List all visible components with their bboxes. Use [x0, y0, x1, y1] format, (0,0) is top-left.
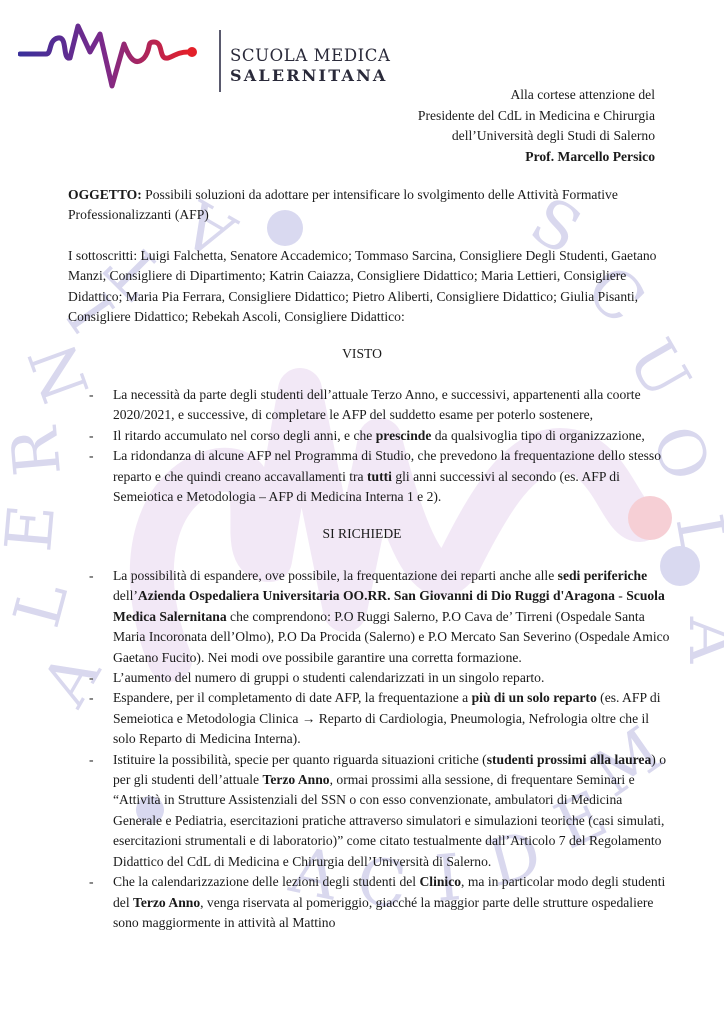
- org-name-line2: SALERNITANA: [230, 66, 388, 85]
- addressee-line: Presidente del CdL in Medicina e Chirurg…: [418, 106, 655, 127]
- emphasized-text: studenti prossimi alla laurea: [487, 752, 652, 767]
- signers-paragraph: I sottoscritti: Luigi Falchetta, Senator…: [68, 246, 670, 328]
- richiede-list: -La possibilità di espandere, ove possib…: [68, 566, 670, 933]
- letter-page: SCUOLA MEDICA SALERNITANA Alla cortese a…: [0, 0, 724, 1023]
- list-marker: -: [89, 566, 94, 586]
- emphasized-text: Azienda Ospedaliera Universitaria OO.RR.…: [138, 588, 615, 603]
- org-name-line1: SCUOLA MEDICA: [230, 46, 391, 65]
- emphasized-text: Terzo Anno: [263, 772, 330, 787]
- text-run: Il ritardo accumulato nel corso degli an…: [113, 428, 376, 443]
- list-item: -Espandere, per il completamento di date…: [68, 688, 670, 749]
- text-run: La necessità da parte degli studenti del…: [113, 387, 641, 422]
- list-item: -Che la calendarizzazione delle lezioni …: [68, 872, 670, 933]
- text-run: La possibilità di espandere, ove possibi…: [113, 568, 558, 583]
- list-marker: -: [89, 668, 94, 688]
- addressee-line: Alla cortese attenzione del: [418, 85, 655, 106]
- list-item: -Il ritardo accumulato nel corso degli a…: [68, 426, 670, 446]
- list-marker: -: [89, 446, 94, 466]
- text-run: Espandere, per il completamento di date …: [113, 690, 472, 705]
- list-item: -La possibilità di espandere, ove possib…: [68, 566, 670, 668]
- addressee-line: dell’Università degli Studi di Salerno: [418, 126, 655, 147]
- text-run: dell’: [113, 588, 138, 603]
- subject-label: OGGETTO:: [68, 187, 142, 202]
- list-marker: -: [89, 872, 94, 892]
- section-title-visto: VISTO: [68, 346, 656, 362]
- text-run: L’aumento del numero di gruppi o student…: [113, 670, 544, 685]
- list-marker: -: [89, 750, 94, 770]
- list-marker: -: [89, 426, 94, 446]
- emphasized-text: tutti: [367, 469, 392, 484]
- list-item: -La necessità da parte degli studenti de…: [68, 385, 670, 426]
- logo-divider: [219, 30, 221, 92]
- list-marker: -: [89, 688, 94, 708]
- addressee-block: Alla cortese attenzione del Presidente d…: [418, 85, 655, 167]
- sms-logo-icon: [18, 14, 218, 106]
- list-marker: -: [89, 385, 94, 405]
- emphasized-text: sedi periferiche: [558, 568, 647, 583]
- subject-text: Possibili soluzioni da adottare per inte…: [68, 187, 618, 222]
- text-run: -: [615, 588, 626, 603]
- emphasized-text: Terzo Anno: [133, 895, 200, 910]
- letterhead-logo: SCUOLA MEDICA SALERNITANA: [18, 14, 378, 106]
- visto-list: -La necessità da parte degli studenti de…: [68, 385, 670, 507]
- text-run: Istituire la possibilità, specie per qua…: [113, 752, 487, 767]
- section-title-richiede: SI RICHIEDE: [68, 526, 656, 542]
- emphasized-text: Clinico: [419, 874, 461, 889]
- emphasized-text: più di un solo reparto: [472, 690, 597, 705]
- list-item: -Istituire la possibilità, specie per qu…: [68, 750, 670, 872]
- addressee-name: Prof. Marcello Persico: [418, 147, 655, 168]
- list-item: -L’aumento del numero di gruppi o studen…: [68, 668, 670, 688]
- list-item: -La ridondanza di alcune AFP nel Program…: [68, 446, 670, 507]
- emphasized-text: prescinde: [376, 428, 432, 443]
- text-run: Che la calendarizzazione delle lezioni d…: [113, 874, 419, 889]
- text-run: da qualsivoglia tipo di organizzazione,: [431, 428, 644, 443]
- subject-paragraph: OGGETTO: Possibili soluzioni da adottare…: [68, 185, 670, 226]
